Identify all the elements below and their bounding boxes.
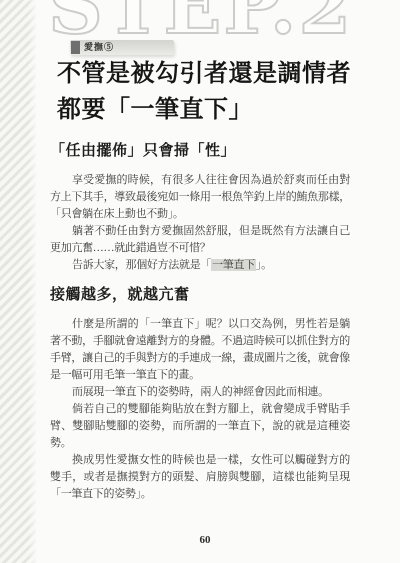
- paragraph-with-highlight: 告訴大家，那個好方法就是「一筆直下」。: [50, 257, 350, 274]
- section-tag: 愛撫⑤: [70, 40, 174, 55]
- section-tag-label: 愛撫⑤: [84, 43, 114, 52]
- paragraph: 躺著不動任由對方愛撫固然舒服，但是既然有方法讓自己更加亢奮……就此錯過豈不可惜？: [50, 223, 350, 257]
- highlight-prefix: 告訴大家，那個好方法就是「: [72, 259, 211, 271]
- body-content: 「任由擺佈」只會掃「性」 享受愛撫的時候，有很多人往往會因為過於舒爽而任由對方上…: [50, 143, 350, 503]
- chapter-title-line-2: 都要「一筆直下」: [57, 92, 351, 128]
- paragraph: 換成男性愛撫女性的時候也是一樣，女性可以觸碰對方的雙手，或者是撫摸對方的頭髮、肩…: [50, 452, 350, 503]
- hatch-fade-decoration: [28, 0, 38, 563]
- chapter-title-line-1: 不管是被勾引者還是調情者: [57, 56, 351, 92]
- highlight-suffix: 」。: [256, 259, 272, 271]
- paragraph: 享受愛撫的時候，有很多人往往會因為過於舒爽而任由對方上下其手，導致最後宛如一條用…: [50, 172, 350, 223]
- section-heading-2: 接觸越多，就越亢奮: [50, 287, 350, 303]
- tag-square-icon: [71, 41, 80, 54]
- paragraph: 倘若自己的雙腳能夠貼放在對方腳上，就會變成手臂貼手臂、雙腳貼雙腳的姿勢，而所謂的…: [50, 401, 350, 452]
- chapter-title: 不管是被勾引者還是調情者 都要「一筆直下」: [57, 56, 351, 128]
- page-number: 60: [45, 534, 365, 546]
- paragraph: 而展現一筆直下的姿勢時，兩人的神經會因此而相連。: [50, 384, 350, 401]
- highlighted-term: 一筆直下: [211, 259, 256, 271]
- section-heading-1: 「任由擺佈」只會掃「性」: [50, 143, 350, 159]
- book-page: STEP.2 愛撫⑤ 不管是被勾引者還是調情者 都要「一筆直下」 「任由擺佈」只…: [0, 0, 400, 563]
- paragraph: 什麼是所謂的「一筆直下」呢？以口交為例，男性若是躺著不動，手腳就會遠離對方的身體…: [50, 316, 350, 384]
